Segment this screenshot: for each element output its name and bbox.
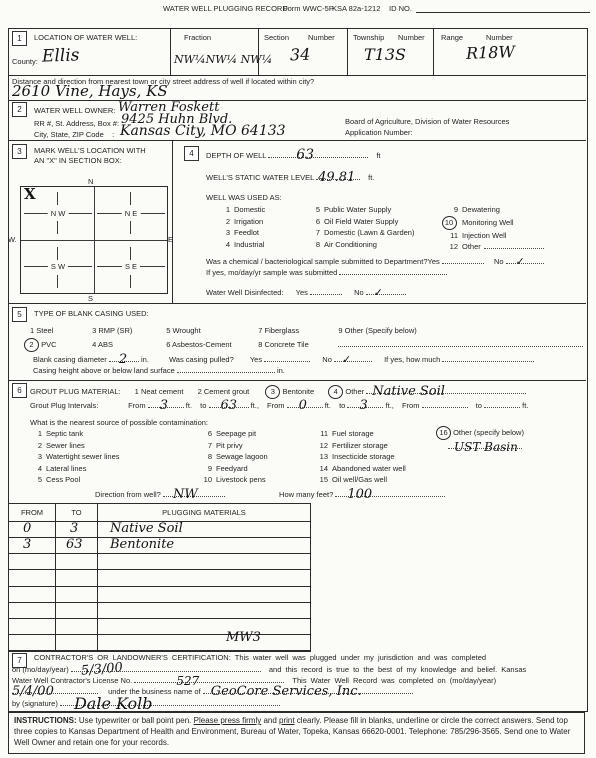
depth-of-well-line: DEPTH OF WELL 63 ft bbox=[206, 150, 381, 160]
material-value: Native Soil bbox=[110, 522, 183, 535]
option-label: Steel bbox=[36, 326, 53, 335]
material-value: Bentonite bbox=[110, 538, 174, 551]
contamination-col-1: 1Septic tank 2Sewer lines 3Watertight se… bbox=[32, 428, 120, 486]
option-label: Fuel storage bbox=[332, 429, 374, 438]
table-cell bbox=[56, 587, 98, 603]
grid-line bbox=[21, 240, 167, 241]
option-label: Public Water Supply bbox=[324, 205, 391, 214]
option-number: 6 bbox=[306, 216, 320, 228]
divider bbox=[258, 28, 259, 75]
yes-label: Yes bbox=[428, 257, 440, 266]
option-number: 5 bbox=[166, 326, 170, 335]
divider bbox=[8, 75, 586, 76]
option-label: Neat cement bbox=[141, 387, 184, 396]
interval-1-to: 63 bbox=[221, 399, 238, 412]
ksa-statute: KSA 82a-1212 bbox=[332, 4, 380, 13]
quadrant-sw-label: S W bbox=[48, 262, 68, 271]
option-number: 8 bbox=[258, 340, 262, 349]
option-label: PVC bbox=[41, 340, 56, 349]
section-1-title: LOCATION OF WATER WELL: bbox=[34, 33, 137, 42]
section-4-number: 4 bbox=[184, 146, 199, 161]
document-title: WATER WELL PLUGGING RECORD bbox=[163, 4, 288, 13]
section-6-title: GROUT PLUG MATERIAL: bbox=[30, 387, 121, 396]
certification-line-5: by (signature) Dale Kolb bbox=[12, 698, 280, 708]
option-number: 15 bbox=[312, 474, 328, 486]
compass-south-label: S bbox=[88, 294, 93, 303]
option-label: Other bbox=[345, 387, 364, 396]
option-number: 1 bbox=[135, 387, 139, 396]
option-number: 5 bbox=[32, 474, 42, 486]
inches-label: in. bbox=[141, 355, 149, 364]
option-label: Irrigation bbox=[234, 217, 263, 226]
contamination-other: 16 Other (specify below) UST Basin bbox=[436, 426, 524, 451]
fraction-label: Fraction bbox=[184, 33, 211, 42]
diameter-label: Blank casing diameter bbox=[33, 355, 107, 364]
no-blank bbox=[334, 354, 372, 362]
from-label: From bbox=[267, 401, 285, 410]
no-checkmark: ✓ bbox=[516, 255, 525, 268]
height-blank bbox=[177, 365, 275, 373]
table-cell bbox=[9, 554, 56, 570]
divider bbox=[433, 28, 434, 75]
divider bbox=[8, 303, 586, 304]
option-label: Monitoring Well bbox=[462, 218, 514, 227]
table-cell bbox=[98, 554, 310, 570]
quadrant-se-label: S E bbox=[122, 262, 140, 271]
instructions-underlined-2: print bbox=[279, 716, 295, 725]
if-yes-line: If yes, mo/day/yr sample was submitted bbox=[206, 267, 447, 277]
table-cell bbox=[56, 570, 98, 586]
option-label: Other bbox=[462, 242, 481, 251]
yes-blank bbox=[264, 354, 310, 362]
circled-option-3: 3 bbox=[265, 385, 280, 399]
option-number: 14 bbox=[312, 463, 328, 475]
option-number: 7 bbox=[258, 326, 262, 335]
grid-dash bbox=[130, 247, 131, 260]
how-much-label: If yes, how much bbox=[384, 355, 440, 364]
inches-label: in. bbox=[277, 366, 285, 375]
depth-unit: ft bbox=[376, 151, 380, 160]
business-name-value: GeoCore Services, Inc. bbox=[211, 685, 362, 698]
table-cell bbox=[56, 635, 98, 651]
direction-value: NW bbox=[173, 488, 198, 501]
option-label: Fiberglass bbox=[265, 326, 300, 335]
table-header-from: FROM bbox=[9, 504, 56, 522]
yes-label: Yes bbox=[296, 288, 308, 297]
intervals-label: Grout Plug Intervals: bbox=[30, 401, 126, 410]
option-number: 11 bbox=[440, 230, 458, 242]
instructions-text-2: and bbox=[261, 716, 279, 725]
certification-line-1: CONTRACTOR'S OR LANDOWNER'S CERTIFICATIO… bbox=[34, 653, 486, 662]
table-cell bbox=[56, 603, 98, 619]
option-label: Lateral lines bbox=[46, 464, 86, 473]
option-number: 6 bbox=[198, 428, 212, 440]
circled-option-10: 10 bbox=[442, 216, 457, 230]
swl-value: 49.81 bbox=[318, 171, 355, 184]
option-label: Livestock pens bbox=[216, 475, 266, 484]
well-id-note: MW3 bbox=[226, 631, 261, 644]
height-label: Casing height above or below land surfac… bbox=[33, 366, 175, 375]
id-no-label: ID NO. bbox=[389, 4, 412, 13]
certification-line-2-rest: and this record is true to the best of m… bbox=[269, 665, 526, 674]
option-label: Wrought bbox=[172, 326, 200, 335]
instructions-underlined-1: Please press firmly bbox=[194, 716, 262, 725]
section-5-title: TYPE OF BLANK CASING USED: bbox=[34, 309, 149, 318]
fraction-value: NW¼NW¼ NW¼ bbox=[174, 54, 272, 65]
no-blank bbox=[366, 287, 406, 295]
depth-value: 63 bbox=[296, 148, 314, 162]
range-col-label: Range bbox=[441, 33, 463, 42]
divider bbox=[8, 380, 586, 381]
county-value: Ellis bbox=[42, 47, 80, 65]
option-label: Oil well/Gas well bbox=[332, 475, 387, 484]
other-source-value: UST Basin bbox=[454, 441, 518, 453]
section-1-number: 1 bbox=[12, 31, 27, 46]
option-number: 4 bbox=[92, 340, 96, 349]
compass-east-label: E bbox=[168, 235, 173, 244]
circled-option-4: 4 bbox=[328, 385, 343, 399]
no-checkmark: ✓ bbox=[374, 286, 383, 299]
option-number: 5 bbox=[306, 204, 320, 216]
sample-date-blank bbox=[339, 267, 447, 275]
section-3-number: 3 bbox=[12, 144, 27, 159]
yes-label: Yes bbox=[250, 355, 262, 364]
option-label: Domestic bbox=[234, 205, 265, 214]
table-cell bbox=[98, 619, 310, 635]
table-cell bbox=[98, 587, 310, 603]
water-well-plugging-record-form: WATER WELL PLUGGING RECORD Form WWC-5P K… bbox=[0, 0, 596, 758]
option-number: 12 bbox=[440, 241, 458, 253]
option-label: Feedlot bbox=[234, 228, 259, 237]
disinfected-line: Water Well Disinfected: Yes No ✓ bbox=[206, 287, 406, 297]
table-cell bbox=[9, 635, 56, 651]
grid-dash bbox=[57, 192, 58, 205]
to-value: 3 bbox=[70, 522, 78, 535]
signature-value: Dale Kolb bbox=[74, 696, 153, 712]
chem-sample-question: Was a chemical / bacteriological sample … bbox=[206, 257, 428, 266]
divider bbox=[170, 28, 171, 75]
section-6-number: 6 bbox=[12, 383, 27, 398]
option-number: 3 bbox=[92, 326, 96, 335]
table-cell bbox=[9, 587, 56, 603]
option-number: 1 bbox=[30, 326, 34, 335]
interval-1-from: 3 bbox=[160, 399, 168, 412]
option-number: 4 bbox=[32, 463, 42, 475]
used-as-col-2: 5Public Water Supply 6Oil Field Water Su… bbox=[306, 204, 414, 250]
option-label: Concrete Tile bbox=[265, 340, 309, 349]
option-label: Other (Specify below) bbox=[345, 326, 417, 335]
license-blank bbox=[134, 675, 284, 683]
if-yes-label: If yes, mo/day/yr sample was submitted bbox=[206, 268, 337, 277]
table-cell: 63 bbox=[56, 538, 98, 554]
from-label: From bbox=[402, 401, 420, 410]
divider bbox=[172, 140, 173, 303]
owner-label: WATER WELL OWNER: bbox=[34, 106, 115, 115]
option-number: 9 bbox=[440, 204, 458, 216]
feet-value: 100 bbox=[347, 488, 372, 501]
record-date-value: 5/4/00 bbox=[12, 685, 54, 698]
option-number: 2 bbox=[32, 440, 42, 452]
signature-label: by (signature) bbox=[12, 699, 58, 708]
option-number: 3 bbox=[216, 227, 230, 239]
table-cell: 3 bbox=[56, 522, 98, 538]
grout-intervals-line: Grout Plug Intervals: From 3 ft. to 63 f… bbox=[30, 400, 528, 410]
option-label: Cess Pool bbox=[46, 475, 80, 484]
divider bbox=[8, 140, 586, 141]
section-col-label: Section bbox=[264, 33, 289, 42]
divider bbox=[8, 100, 586, 101]
chem-sample-line: Was a chemical / bacteriological sample … bbox=[206, 256, 544, 266]
option-number: 9 bbox=[198, 463, 212, 475]
no-label: No bbox=[322, 355, 332, 364]
other-blank bbox=[484, 241, 544, 249]
option-label: Sewer lines bbox=[46, 441, 85, 450]
quadrant-nw-label: N W bbox=[48, 209, 69, 218]
circled-option-16: 16 bbox=[436, 426, 451, 440]
circled-option-2: 2 bbox=[24, 338, 39, 352]
option-label: Seepage pit bbox=[216, 429, 256, 438]
to-label: to bbox=[200, 401, 206, 410]
disinfected-label: Water Well Disinfected: bbox=[206, 288, 284, 297]
to-label: to bbox=[339, 401, 345, 410]
option-label: Fertilizer storage bbox=[332, 441, 388, 450]
pulled-label: Was casing pulled? bbox=[169, 355, 234, 364]
option-number: 8 bbox=[306, 239, 320, 251]
from-value: 0 bbox=[23, 522, 31, 535]
ft-label: ft. bbox=[186, 401, 192, 410]
grid-dash bbox=[130, 192, 131, 205]
certification-line-4: 5/4/00 under the business name of GeoCor… bbox=[12, 686, 413, 696]
range-col-label2: Number bbox=[486, 33, 513, 42]
on-date-label: on (mo/day/year) bbox=[12, 665, 69, 674]
option-label: Oil Field Water Supply bbox=[324, 217, 398, 226]
option-number: 2 bbox=[216, 216, 230, 228]
option-number: 7 bbox=[198, 440, 212, 452]
instructions-label: INSTRUCTIONS: bbox=[14, 716, 77, 725]
ft-label: ft. bbox=[522, 401, 528, 410]
yes-blank bbox=[310, 287, 342, 295]
contamination-col-3: 11Fuel storage 12Fertilizer storage 13In… bbox=[312, 428, 406, 486]
casing-detail-line: Blank casing diameter 2 in. Was casing p… bbox=[33, 354, 534, 364]
no-label: No bbox=[354, 288, 364, 297]
direction-line: Direction from well? NW How many feet? 1… bbox=[95, 489, 445, 499]
option-number: 1 bbox=[32, 428, 42, 440]
option-number: 8 bbox=[198, 451, 212, 463]
option-number: 13 bbox=[312, 451, 328, 463]
section-location-box: N W N E S W S E X bbox=[20, 186, 168, 294]
static-water-level-line: WELL'S STATIC WATER LEVEL 49.81 ft. bbox=[206, 172, 374, 182]
option-number: 6 bbox=[166, 340, 170, 349]
option-number: 4 bbox=[216, 239, 230, 251]
option-label: Industrial bbox=[234, 240, 264, 249]
no-label: No bbox=[494, 257, 504, 266]
table-cell bbox=[98, 635, 310, 651]
casing-height-line: Casing height above or below land surfac… bbox=[33, 365, 285, 375]
option-number: 3 bbox=[32, 451, 42, 463]
used-as-col-3: 9Dewatering 10Monitoring Well 11Injectio… bbox=[440, 204, 544, 253]
id-no-blank-line bbox=[416, 12, 590, 13]
option-number: 10 bbox=[198, 474, 212, 486]
option-label: Cement grout bbox=[204, 387, 249, 396]
used-as-col-1: 1Domestic 2Irrigation 3Feedlot 4Industri… bbox=[216, 204, 265, 250]
contamination-question: What is the nearest source of possible c… bbox=[30, 418, 208, 427]
option-label: Septic tank bbox=[46, 429, 83, 438]
other-specify-blank bbox=[338, 339, 583, 347]
interval-blank bbox=[422, 400, 468, 408]
grout-material-line: GROUT PLUG MATERIAL: 1 Neat cement 2 Cem… bbox=[30, 385, 526, 399]
option-label: Air Conditioning bbox=[324, 240, 377, 249]
interval-blank bbox=[484, 400, 520, 408]
from-value: 3 bbox=[23, 538, 31, 551]
grid-dash bbox=[130, 275, 131, 288]
from-label: From bbox=[128, 401, 146, 410]
distance-value: 2610 Vine, Hays, KS bbox=[12, 84, 168, 99]
option-number: 7 bbox=[306, 227, 320, 239]
option-number: 2 bbox=[198, 387, 202, 396]
option-number: 9 bbox=[338, 326, 342, 335]
other-material-value: Native Soil bbox=[372, 385, 445, 398]
instructions-box: INSTRUCTIONS: Use typewriter or ball poi… bbox=[8, 712, 585, 754]
city-state-zip-label: City, State, ZIP Code : bbox=[34, 130, 114, 139]
casing-row-1: 1 Steel 3 RMP (SR) 5 Wrought 7 Fiberglas… bbox=[30, 326, 417, 335]
table-cell bbox=[98, 603, 310, 619]
interval-2-from: 0 bbox=[299, 399, 307, 412]
to-value: 63 bbox=[66, 538, 83, 551]
ft-comma-label: ft., bbox=[386, 401, 394, 410]
option-label: Asbestos-Cement bbox=[172, 340, 232, 349]
option-number: 12 bbox=[312, 440, 328, 452]
to-label: to bbox=[476, 401, 482, 410]
swl-unit: ft. bbox=[368, 173, 374, 182]
option-label: Other (specify below) bbox=[453, 428, 524, 437]
township-col-label: Township bbox=[353, 33, 384, 42]
grid-dash bbox=[57, 275, 58, 288]
township-value: T13S bbox=[364, 47, 406, 63]
option-label: ABS bbox=[98, 340, 113, 349]
direction-label: Direction from well? bbox=[95, 490, 161, 499]
range-value: R18W bbox=[466, 44, 515, 62]
plugging-table: FROM TO PLUGGING MATERIALS 0 3 Native So… bbox=[8, 503, 311, 652]
quadrant-ne-label: N E bbox=[122, 209, 141, 218]
option-label: Watertight sewer lines bbox=[46, 452, 120, 461]
section-3-title-line2: AN "X" IN SECTION BOX: bbox=[34, 156, 122, 165]
table-cell bbox=[9, 603, 56, 619]
table-header-to: TO bbox=[56, 504, 98, 522]
option-label: Injection Well bbox=[462, 231, 506, 240]
table-cell bbox=[56, 554, 98, 570]
option-label: Feedyard bbox=[216, 464, 248, 473]
option-label: Insecticide storage bbox=[332, 452, 395, 461]
instructions-text-1: Use typewriter or ball point pen. bbox=[79, 716, 194, 725]
option-label: RMP (SR) bbox=[98, 326, 132, 335]
table-cell bbox=[98, 570, 310, 586]
feet-label: How many feet? bbox=[279, 490, 333, 499]
grid-dash bbox=[57, 221, 58, 234]
table-cell bbox=[56, 619, 98, 635]
township-col-label2: Number bbox=[398, 33, 425, 42]
divider bbox=[347, 28, 348, 75]
address-label: RR #, St. Address, Box #: bbox=[34, 119, 119, 128]
option-label: Pit privy bbox=[216, 441, 243, 450]
section-value: 34 bbox=[290, 47, 311, 64]
depth-blank bbox=[268, 150, 368, 158]
well-location-x-mark: X bbox=[24, 187, 36, 202]
option-label: Abandoned water well bbox=[332, 464, 406, 473]
compass-west-label: W. bbox=[8, 235, 17, 244]
option-label: Domestic (Lawn & Garden) bbox=[324, 228, 414, 237]
table-cell: 0 bbox=[9, 522, 56, 538]
option-number: 1 bbox=[216, 204, 230, 216]
compass-north-label: N bbox=[88, 177, 93, 186]
section-2-number: 2 bbox=[12, 102, 27, 117]
used-as-label: WELL WAS USED AS: bbox=[206, 193, 282, 202]
option-number: 11 bbox=[312, 428, 328, 440]
table-cell: Native Soil bbox=[98, 522, 310, 538]
form-number: Form WWC-5P bbox=[283, 4, 334, 13]
table-cell bbox=[9, 619, 56, 635]
board-of-agriculture-label: Board of Agriculture, Division of Water … bbox=[345, 117, 509, 126]
interval-3-from-value: 3 bbox=[359, 399, 367, 412]
swl-label: WELL'S STATIC WATER LEVEL bbox=[206, 173, 314, 182]
section-5-number: 5 bbox=[12, 307, 27, 322]
certification-line-2: on (mo/day/year) 5/3/00 and this record … bbox=[12, 664, 526, 674]
section-col-label2: Number bbox=[308, 33, 335, 42]
table-header-materials: PLUGGING MATERIALS bbox=[98, 504, 310, 522]
section-3-title-line1: MARK WELL'S LOCATION WITH bbox=[34, 146, 146, 155]
casing-row-2: 2 PVC 4 ABS 6 Asbestos-Cement 8 Concrete… bbox=[24, 338, 583, 352]
depth-label: DEPTH OF WELL bbox=[206, 151, 266, 160]
yes-blank bbox=[442, 256, 484, 264]
option-label: Bentonite bbox=[282, 387, 314, 396]
option-label: Dewatering bbox=[462, 205, 500, 214]
grid-dash bbox=[57, 247, 58, 260]
ft-comma-label: ft., bbox=[251, 401, 259, 410]
ft-label: ft. bbox=[325, 401, 331, 410]
grid-dash bbox=[130, 221, 131, 234]
contamination-col-2: 6Seepage pit 7Pit privy 8Sewage lagoon 9… bbox=[198, 428, 268, 486]
how-much-blank bbox=[442, 354, 534, 362]
no-checkmark: ✓ bbox=[342, 353, 351, 366]
application-number-label: Application Number: bbox=[345, 128, 413, 137]
table-cell bbox=[9, 570, 56, 586]
option-label: Sewage lagoon bbox=[216, 452, 268, 461]
table-cell: Bentonite bbox=[98, 538, 310, 554]
county-label: County: bbox=[12, 57, 38, 66]
city-state-zip-value: Kansas City, MO 64133 bbox=[120, 124, 286, 138]
table-cell: 3 bbox=[9, 538, 56, 554]
